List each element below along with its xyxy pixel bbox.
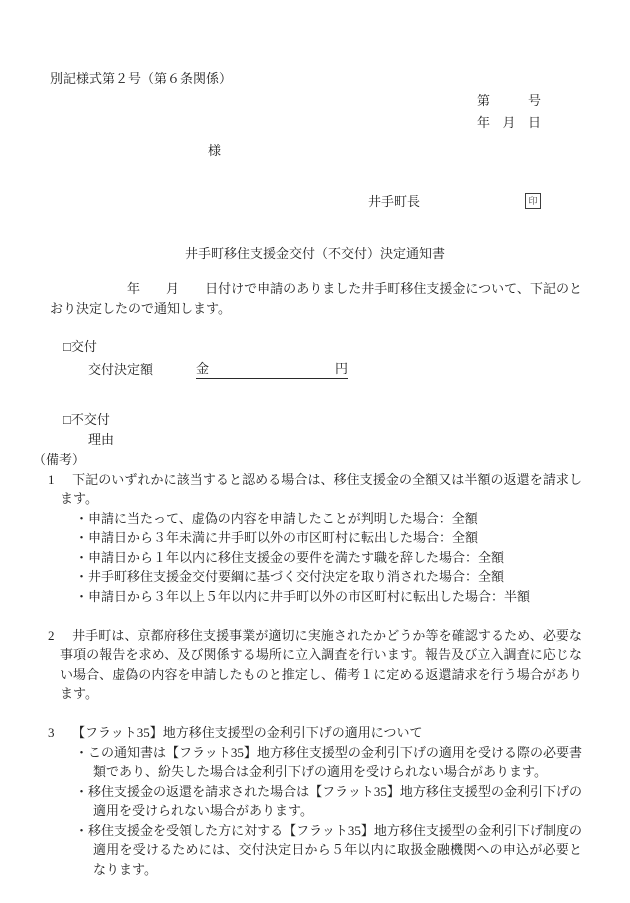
grant-amount-row: 交付決定額 金 円 <box>88 360 508 380</box>
note-1-bullet: 申請に当たって、虚偽の内容を申請したことが判明した場合：全額 <box>0 509 582 529</box>
issuer-name: 井手町長 <box>368 194 420 209</box>
grant-amount-label: 交付決定額 <box>88 362 153 377</box>
note-item-1: 1下記のいずれかに該当すると認める場合は、移住支援金の全額又は半額の返還を請求し… <box>0 470 582 607</box>
notes-header: （備考） <box>33 450 582 470</box>
reason-label: 理由 <box>88 430 114 450</box>
note-3-bullet: この通知書は【フラット35】地方移住支援型の金利引下げの適用を受ける際の必要書類… <box>0 743 582 782</box>
grant-amount-blank: 金 円 <box>196 360 348 379</box>
date-day-label: 日 <box>528 112 541 134</box>
form-reference: 別記様式第２号（第６条関係） <box>50 69 232 89</box>
no-grant-option-row: □不交付 <box>63 410 110 430</box>
amount-suffix: 円 <box>335 359 348 379</box>
grant-label: 交付 <box>71 339 97 354</box>
note-2-number: 2 <box>48 626 72 646</box>
no-grant-label: 不交付 <box>71 412 110 427</box>
note-1-bullet: 申請日から３年以上５年以内に井手町以外の市区町村に転出した場合：半額 <box>0 587 582 607</box>
note-2-text: 井手町は、京都府移住支援事業が適切に実施されたかどうか等を確認するため、必要な事… <box>60 628 582 702</box>
recipient-honorific: 様 <box>208 141 221 161</box>
date-month-label: 月 <box>502 112 515 134</box>
note-1-text: 下記のいずれかに該当すると認める場合は、移住支援金の全額又は半額の返還を請求しま… <box>60 472 582 507</box>
grant-option-row: □交付 <box>63 337 97 357</box>
note-3-heading: 【フラット35】地方移住支援型の金利引下げの適用について <box>72 725 422 740</box>
note-3-bullet: 移住支援金の返還を請求された場合は【フラット35】地方移住支援型の金利引下げの適… <box>0 782 582 821</box>
note-3-heading-row: 3【フラット35】地方移住支援型の金利引下げの適用について <box>0 723 582 743</box>
document-title: 井手町移住支援金交付（不交付）決定通知書 <box>0 244 630 264</box>
doc-number-prefix: 第 <box>477 90 490 112</box>
doc-number-suffix: 号 <box>528 90 541 112</box>
note-2-paragraph: 2井手町は、京都府移住支援事業が適切に実施されたかどうか等を確認するため、必要な… <box>0 626 582 704</box>
issuer-block: 井手町長 印 <box>368 192 580 214</box>
intro-paragraph: 年 月 日付けで申請のありました井手町移住支援金について、下記のとおり決定したの… <box>50 279 582 318</box>
note-1-bullet: 井手町移住支援金交付要綱に基づく交付決定を取り消された場合：全額 <box>0 567 582 587</box>
seal-stamp: 印 <box>525 193 541 209</box>
note-item-2: 2井手町は、京都府移住支援事業が適切に実施されたかどうか等を確認するため、必要な… <box>0 626 582 704</box>
date-line: 年 月 日 <box>477 112 541 134</box>
grant-checkbox: □ <box>63 339 71 354</box>
note-1-paragraph: 1下記のいずれかに該当すると認める場合は、移住支援金の全額又は半額の返還を請求し… <box>0 470 582 509</box>
doc-number-date-block: 第 号 年 月 日 <box>477 90 541 134</box>
note-1-bullet: 申請日から１年以内に移住支援金の要件を満たす職を辞した場合：全額 <box>0 548 582 568</box>
doc-number-line: 第 号 <box>477 90 541 112</box>
note-1-bullet: 申請日から３年未満に井手町以外の市区町村に転出した場合：全額 <box>0 528 582 548</box>
note-3-bullet: 移住支援金を受領した方に対する【フラット35】地方移住支援型の金利引下げ制度の適… <box>0 821 582 880</box>
notes-section: （備考） 1下記のいずれかに該当すると認める場合は、移住支援金の全額又は半額の返… <box>0 450 582 879</box>
date-year-label: 年 <box>477 112 490 134</box>
document-page: 別記様式第２号（第６条関係） 第 号 年 月 日 様 井手町長 印 井手町移住支… <box>0 0 630 903</box>
note-1-number: 1 <box>48 470 72 490</box>
amount-prefix: 金 <box>196 359 209 379</box>
no-grant-checkbox: □ <box>63 412 71 427</box>
note-item-3: 3【フラット35】地方移住支援型の金利引下げの適用について この通知書は【フラッ… <box>0 723 582 879</box>
note-3-number: 3 <box>48 723 72 743</box>
